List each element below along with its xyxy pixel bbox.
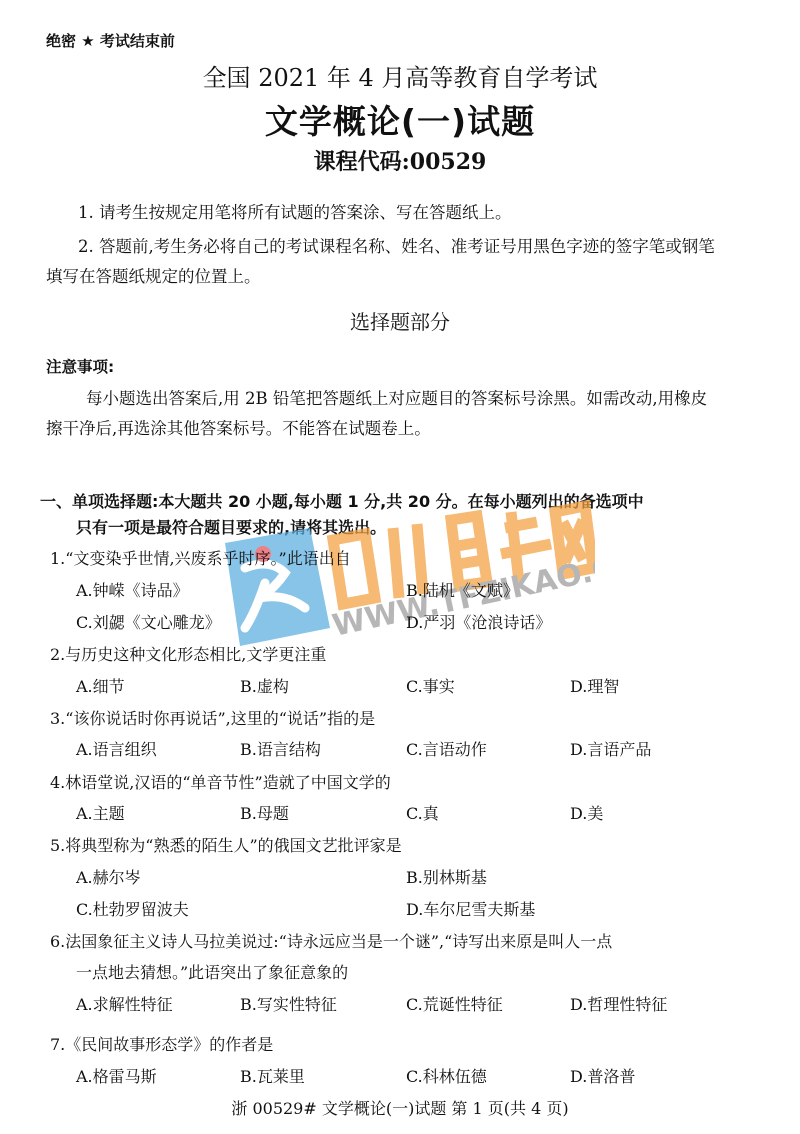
question-5: 5.将典型称为“熟悉的陌生人”的俄国文艺批评家是 (50, 833, 402, 856)
question-2: 2.与历史这种文化形态相比,文学更注重 (50, 642, 326, 665)
q5-option-c[interactable]: C.杜勃罗留波夫 (76, 897, 189, 920)
question-number: 3. (50, 709, 65, 728)
q1-option-d[interactable]: D.严羽《沧浪诗话》 (406, 610, 551, 633)
notes-line-2: 擦干净后,再选涂其他答案标号。不能答在试题卷上。 (46, 415, 431, 439)
q1-option-a[interactable]: A.钟嵘《诗品》 (76, 578, 189, 601)
q2-option-b[interactable]: B.虚构 (240, 674, 289, 697)
q5-option-b[interactable]: B.别林斯基 (406, 865, 487, 888)
question-number: 6. (50, 932, 65, 951)
instruction-2-cont: 填写在答题纸规定的位置上。 (46, 263, 261, 287)
q4-option-a[interactable]: A.主题 (76, 801, 125, 824)
question-3: 3.“该你说话时你再说话”,这里的“说话”指的是 (50, 706, 375, 729)
q2-option-a[interactable]: A.细节 (76, 674, 125, 697)
question-stem: 与历史这种文化形态相比,文学更注重 (65, 645, 326, 664)
question-number: 7. (50, 1035, 65, 1054)
q4-option-b[interactable]: B.母题 (240, 801, 289, 824)
notes-line-1: 每小题选出答案后,用 2B 铅笔把答题纸上对应题目的答案标号涂黑。如需改动,用橡… (86, 385, 707, 409)
course-code: 课程代码:00529 (0, 145, 800, 176)
q6-option-b[interactable]: B.写实性特征 (240, 992, 337, 1015)
q6-option-d[interactable]: D.哲理性特征 (570, 992, 667, 1015)
question-number: 5. (50, 836, 65, 855)
question-6-cont: 一点地去猜想。”此语突出了象征意象的 (76, 960, 348, 983)
confidential-label: 绝密 ★ 考试结束前 (46, 30, 175, 51)
question-7: 7.《民间故事形态学》的作者是 (50, 1032, 273, 1055)
q5-option-a[interactable]: A.赫尔岑 (76, 865, 141, 888)
q3-option-a[interactable]: A.语言组织 (76, 737, 157, 760)
page-footer: 浙 00529# 文学概论(一)试题 第 1 页(共 4 页) (0, 1096, 800, 1119)
question-1: 1.“文变染乎世情,兴废系乎时序。”此语出自 (50, 546, 351, 569)
notes-label: 注意事项: (46, 355, 114, 377)
q3-option-d[interactable]: D.言语产品 (570, 737, 651, 760)
q4-option-c[interactable]: C.真 (406, 801, 439, 824)
q2-option-c[interactable]: C.事实 (406, 674, 455, 697)
exam-name: 全国 2021 年 4 月高等教育自学考试 (0, 58, 800, 93)
q7-option-b[interactable]: B.瓦莱里 (240, 1064, 305, 1087)
q4-option-d[interactable]: D.美 (570, 801, 603, 824)
q6-option-a[interactable]: A.求解性特征 (76, 992, 173, 1015)
question-6: 6.法国象征主义诗人马拉美说过:“诗永远应当是一个谜”,“诗写出来原是叫人一点 (50, 929, 612, 952)
question-stem: 法国象征主义诗人马拉美说过:“诗永远应当是一个谜”,“诗写出来原是叫人一点 (65, 932, 612, 951)
q5-option-d[interactable]: D.车尔尼雪夫斯基 (406, 897, 535, 920)
q2-option-d[interactable]: D.理智 (570, 674, 619, 697)
q7-option-a[interactable]: A.格雷马斯 (76, 1064, 157, 1087)
question-stem: 《民间故事形态学》的作者是 (65, 1035, 273, 1054)
instruction-1: 1. 请考生按规定用笔将所有试题的答案涂、写在答题纸上。 (78, 199, 512, 223)
q1-option-c[interactable]: C.刘勰《文心雕龙》 (76, 610, 221, 633)
question-4: 4.林语堂说,汉语的“单音节性”造就了中国文学的 (50, 770, 391, 793)
q6-option-c[interactable]: C.荒诞性特征 (406, 992, 503, 1015)
part-one-heading: 一、单项选择题:本大题共 20 小题,每小题 1 分,共 20 分。在每小题列出… (40, 489, 644, 512)
question-stem: 将典型称为“熟悉的陌生人”的俄国文艺批评家是 (65, 836, 401, 855)
instruction-2: 2. 答题前,考生务必将自己的考试课程名称、姓名、准考证号用黑色字迹的签字笔或钢… (78, 233, 715, 257)
question-number: 1. (50, 549, 65, 568)
section-title: 选择题部分 (0, 306, 800, 335)
q7-option-d[interactable]: D.普洛普 (570, 1064, 635, 1087)
question-stem: 林语堂说,汉语的“单音节性”造就了中国文学的 (65, 773, 390, 792)
question-number: 2. (50, 645, 65, 664)
part-one-heading-cont: 只有一项是最符合题目要求的,请将其选出。 (76, 515, 386, 538)
q1-option-b[interactable]: B.陆机《文赋》 (406, 578, 519, 601)
q3-option-c[interactable]: C.言语动作 (406, 737, 487, 760)
question-number: 4. (50, 773, 65, 792)
question-stem: “文变染乎世情,兴废系乎时序。”此语出自 (65, 549, 350, 568)
q3-option-b[interactable]: B.语言结构 (240, 737, 321, 760)
q7-option-c[interactable]: C.科林伍德 (406, 1064, 487, 1087)
question-stem: “该你说话时你再说话”,这里的“说话”指的是 (65, 709, 375, 728)
paper-title: 文学概论(一)试题 (0, 96, 800, 143)
